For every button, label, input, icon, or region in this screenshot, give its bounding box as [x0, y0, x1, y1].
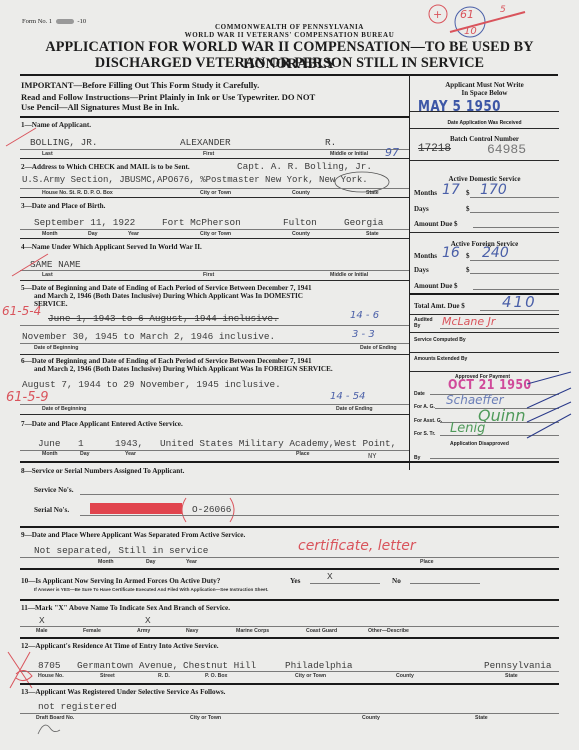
- mark-male[interactable]: X: [39, 615, 45, 626]
- red-check-mark-icon: [10, 252, 50, 278]
- section-8-heading: 8—Service or Serial Numbers Assigned To …: [21, 467, 184, 476]
- label-day: Day: [88, 231, 98, 237]
- pencil-scribble-icon: [34, 718, 64, 738]
- birth-date[interactable]: September 11, 1922: [34, 217, 135, 228]
- by-label: By: [414, 455, 420, 461]
- yes-mark[interactable]: X: [327, 571, 333, 582]
- serial-number-value[interactable]: O-26066: [192, 504, 231, 515]
- date-label: Date: [414, 391, 425, 397]
- foreign-months-amount: 240: [482, 245, 509, 261]
- label-month: Month: [42, 231, 58, 237]
- label-city: City or Town: [200, 190, 231, 196]
- label-year: Year: [128, 231, 139, 237]
- entered-month[interactable]: June: [38, 438, 61, 449]
- label-pobox: P. O. Box: [205, 673, 227, 679]
- received-date-label: Date Application Was Received: [410, 120, 559, 126]
- instructions-line-3: Use Pencil—All Signatures Must Be in Ink…: [21, 102, 179, 112]
- panel-divider: [409, 74, 410, 470]
- section-13-heading: 13—Applicant Was Registered Under Select…: [21, 688, 225, 697]
- label-day: Day: [80, 451, 90, 457]
- margin-note-61-5-9: 61-5-9: [6, 390, 48, 405]
- domestic-days-label: Days: [414, 205, 429, 213]
- label-place: Place: [420, 559, 434, 565]
- domestic-months-amount: 170: [480, 182, 507, 198]
- approved-date-stamp: OCT 21 1950: [448, 378, 532, 393]
- label-date-begin: Date of Beginning: [34, 345, 78, 351]
- label-year: Year: [125, 451, 136, 457]
- red-check-mark-icon: [4, 126, 38, 148]
- batch-control-number: 64985: [487, 142, 526, 157]
- svg-text:61: 61: [460, 8, 474, 21]
- label-city: City or Town: [190, 715, 221, 721]
- section-11-heading: 11—Mark "X" Above Name To Indicate Sex A…: [21, 604, 230, 613]
- birth-county[interactable]: Fulton: [283, 217, 317, 228]
- birth-city[interactable]: Fort McPherson: [162, 217, 241, 228]
- label-rd: R. D.: [158, 673, 170, 679]
- serial-numbers-label: Serial No's.: [34, 506, 69, 515]
- label-month: Month: [42, 451, 58, 457]
- entered-place[interactable]: United States Military Academy,West Poin…: [160, 438, 396, 449]
- label-date-end: Date of Ending: [360, 345, 397, 351]
- foreign-months-value: 16: [442, 245, 460, 261]
- separation-value[interactable]: Not separated, Still in service: [34, 545, 208, 556]
- total-amount-label: Total Amt. Due $: [414, 302, 465, 310]
- label-place: Place: [296, 451, 310, 457]
- yes-label: Yes: [290, 577, 300, 586]
- option-female: Female: [83, 628, 101, 634]
- no-label: No: [392, 577, 401, 586]
- amounts-extended-label: Amounts Extended By: [414, 356, 474, 362]
- no-field[interactable]: [410, 583, 480, 584]
- label-county: County: [292, 190, 310, 196]
- for-state-treasurer-label: For S. Tr.: [414, 431, 435, 437]
- foreign-days-label: Days: [414, 266, 429, 274]
- label-state: State: [366, 190, 379, 196]
- option-coast-guard: Coast Guard: [306, 628, 337, 634]
- label-year: Year: [186, 559, 197, 565]
- label-month: Month: [98, 559, 114, 565]
- ag-signature: Schaeffer: [446, 393, 504, 407]
- label-date-begin: Date of Beginning: [42, 406, 86, 412]
- option-army: Army: [137, 628, 150, 634]
- foreign-period-1-note: 14 - 54: [330, 391, 365, 402]
- instructions-line-2: Read and Follow Instructions—Print Plain…: [21, 92, 315, 102]
- mark-army[interactable]: X: [145, 615, 151, 626]
- applicant-last-name[interactable]: BOLLING, JR.: [30, 137, 98, 148]
- service-computed-label: Service Computed By: [414, 337, 474, 343]
- form-title-line-2: DISCHARGED VETERAN OR PERSON STILL IN SE…: [0, 55, 579, 72]
- dollar-sign: $: [466, 205, 470, 213]
- entered-day[interactable]: 1: [78, 438, 84, 449]
- label-state: State: [505, 673, 518, 679]
- residence-state[interactable]: Pennsylvania: [484, 660, 552, 671]
- residence-street[interactable]: Germantown Avenue,: [77, 660, 178, 671]
- entered-year[interactable]: 1943,: [115, 438, 143, 449]
- margin-note-61-5-4: 61-5-4: [2, 304, 41, 318]
- address-line-2[interactable]: U.S.Army Section, JBUSMC,APO676, %Postma…: [22, 175, 368, 185]
- svg-text:5: 5: [500, 5, 506, 15]
- section-7-heading: 7—Date and Place Applicant Entered Activ…: [21, 420, 183, 429]
- label-house: House No.: [38, 673, 64, 679]
- applicant-first-name[interactable]: ALEXANDER: [180, 137, 231, 148]
- residence-house[interactable]: 8705: [38, 660, 61, 671]
- section-4-heading: 4—Name Under Which Applicant Served In W…: [21, 243, 202, 252]
- label-county: County: [292, 231, 310, 237]
- label-state: State: [366, 231, 379, 237]
- dollar-sign: $: [466, 252, 470, 260]
- office-heading-2: In Space Below: [410, 89, 559, 97]
- for-asst-ag-label: For Asst. G.: [414, 418, 442, 424]
- label-city: City or Town: [200, 231, 231, 237]
- label-middle: Middle or Initial: [330, 272, 368, 278]
- entered-place-state[interactable]: NY: [368, 453, 376, 461]
- label-last: Last: [42, 151, 53, 157]
- svg-text:+: +: [433, 8, 442, 21]
- foreign-amount-label: Amount Due $: [414, 282, 458, 290]
- option-other: Other—Describe: [368, 628, 409, 634]
- section-12-heading: 12—Applicant's Residence At Time of Entr…: [21, 642, 219, 651]
- dollar-sign: $: [466, 266, 470, 274]
- domestic-period-2-note: 3 - 3: [352, 329, 375, 340]
- dollar-sign: $: [466, 189, 470, 197]
- for-ag-label: For A. G.: [414, 404, 435, 410]
- domestic-months-value: 17: [442, 182, 460, 198]
- label-state: State: [475, 715, 488, 721]
- label-city: City or Town: [295, 673, 326, 679]
- section-5-heading-2: and March 2, 1946 (Both Dates Inclusive)…: [34, 292, 303, 301]
- label-first: First: [203, 151, 214, 157]
- domestic-months-label: Months: [414, 189, 437, 197]
- important-notice: IMPORTANT—Before Filling Out This Form S…: [21, 80, 259, 90]
- application-disapproved-label: Application Disapproved: [450, 441, 509, 447]
- audited-by-signature: McLane Jr: [442, 315, 495, 328]
- residence-city[interactable]: Philadelphia: [285, 660, 353, 671]
- label-day: Day: [146, 559, 156, 565]
- service-numbers-label: Service No's.: [34, 486, 74, 495]
- corner-annotation-icon: + 61 10 5: [420, 0, 560, 40]
- office-heading-1: Applicant Must Not Write: [410, 81, 559, 89]
- label-middle: Middle or Initial: [330, 151, 368, 157]
- label-house: House No. St. R. D. P. O. Box: [42, 190, 113, 196]
- selective-service-value[interactable]: not registered: [38, 701, 117, 712]
- domestic-amount-label: Amount Due $: [414, 220, 458, 228]
- foreign-period-1[interactable]: August 7, 1944 to 29 November, 1945 incl…: [22, 379, 281, 390]
- state-treasurer-signature: Lenig: [450, 421, 485, 436]
- batch-struck-number: 17218: [418, 143, 451, 155]
- section-10-heading: 10—Is Applicant Now Serving In Armed For…: [21, 577, 220, 586]
- domestic-period-1-note: 14 - 6: [350, 310, 379, 321]
- section-6-heading-2: and March 2, 1946 (Both Dates Inclusive)…: [34, 365, 333, 374]
- section-3-heading: 3—Date and Place of Birth.: [21, 202, 105, 211]
- blue-pen-strokes-icon: [525, 370, 575, 442]
- option-marine-corps: Marine Corps: [236, 628, 269, 634]
- label-county: County: [362, 715, 380, 721]
- total-amount-value: 410: [502, 293, 537, 311]
- option-male: Male: [36, 628, 48, 634]
- section-9-heading: 9—Date and Place Where Applicant Was Sep…: [21, 531, 245, 540]
- applicant-middle-initial[interactable]: R.: [325, 137, 336, 148]
- batch-control-label: Batch Control Number: [410, 135, 559, 143]
- domestic-period-2[interactable]: November 30, 1945 to March 2, 1946 inclu…: [22, 331, 275, 342]
- audited-by-label: Audited By: [414, 317, 436, 329]
- red-note-certificate-letter: certificate, letter: [298, 538, 416, 554]
- active-duty-note: If Answer is YES—Be Sure To Have Certifi…: [34, 587, 268, 592]
- residence-rd[interactable]: Chestnut Hill: [183, 660, 256, 671]
- domestic-period-1[interactable]: June 1, 1943 to 6 August, 1944 inclusive…: [48, 313, 279, 324]
- section-2-heading: 2—Address to Which CHECK and MAIL is to …: [21, 163, 190, 172]
- label-county: County: [396, 673, 414, 679]
- received-date-stamp: MAY 5 1950: [418, 97, 501, 115]
- label-street: Street: [100, 673, 115, 679]
- foreign-months-label: Months: [414, 252, 437, 260]
- label-first: First: [203, 272, 214, 278]
- option-navy: Navy: [186, 628, 198, 634]
- label-date-end: Date of Ending: [336, 406, 373, 412]
- circled-state-annotation-icon: [334, 170, 392, 194]
- redacted-serial-text: [90, 503, 182, 514]
- birth-state[interactable]: Georgia: [344, 217, 383, 228]
